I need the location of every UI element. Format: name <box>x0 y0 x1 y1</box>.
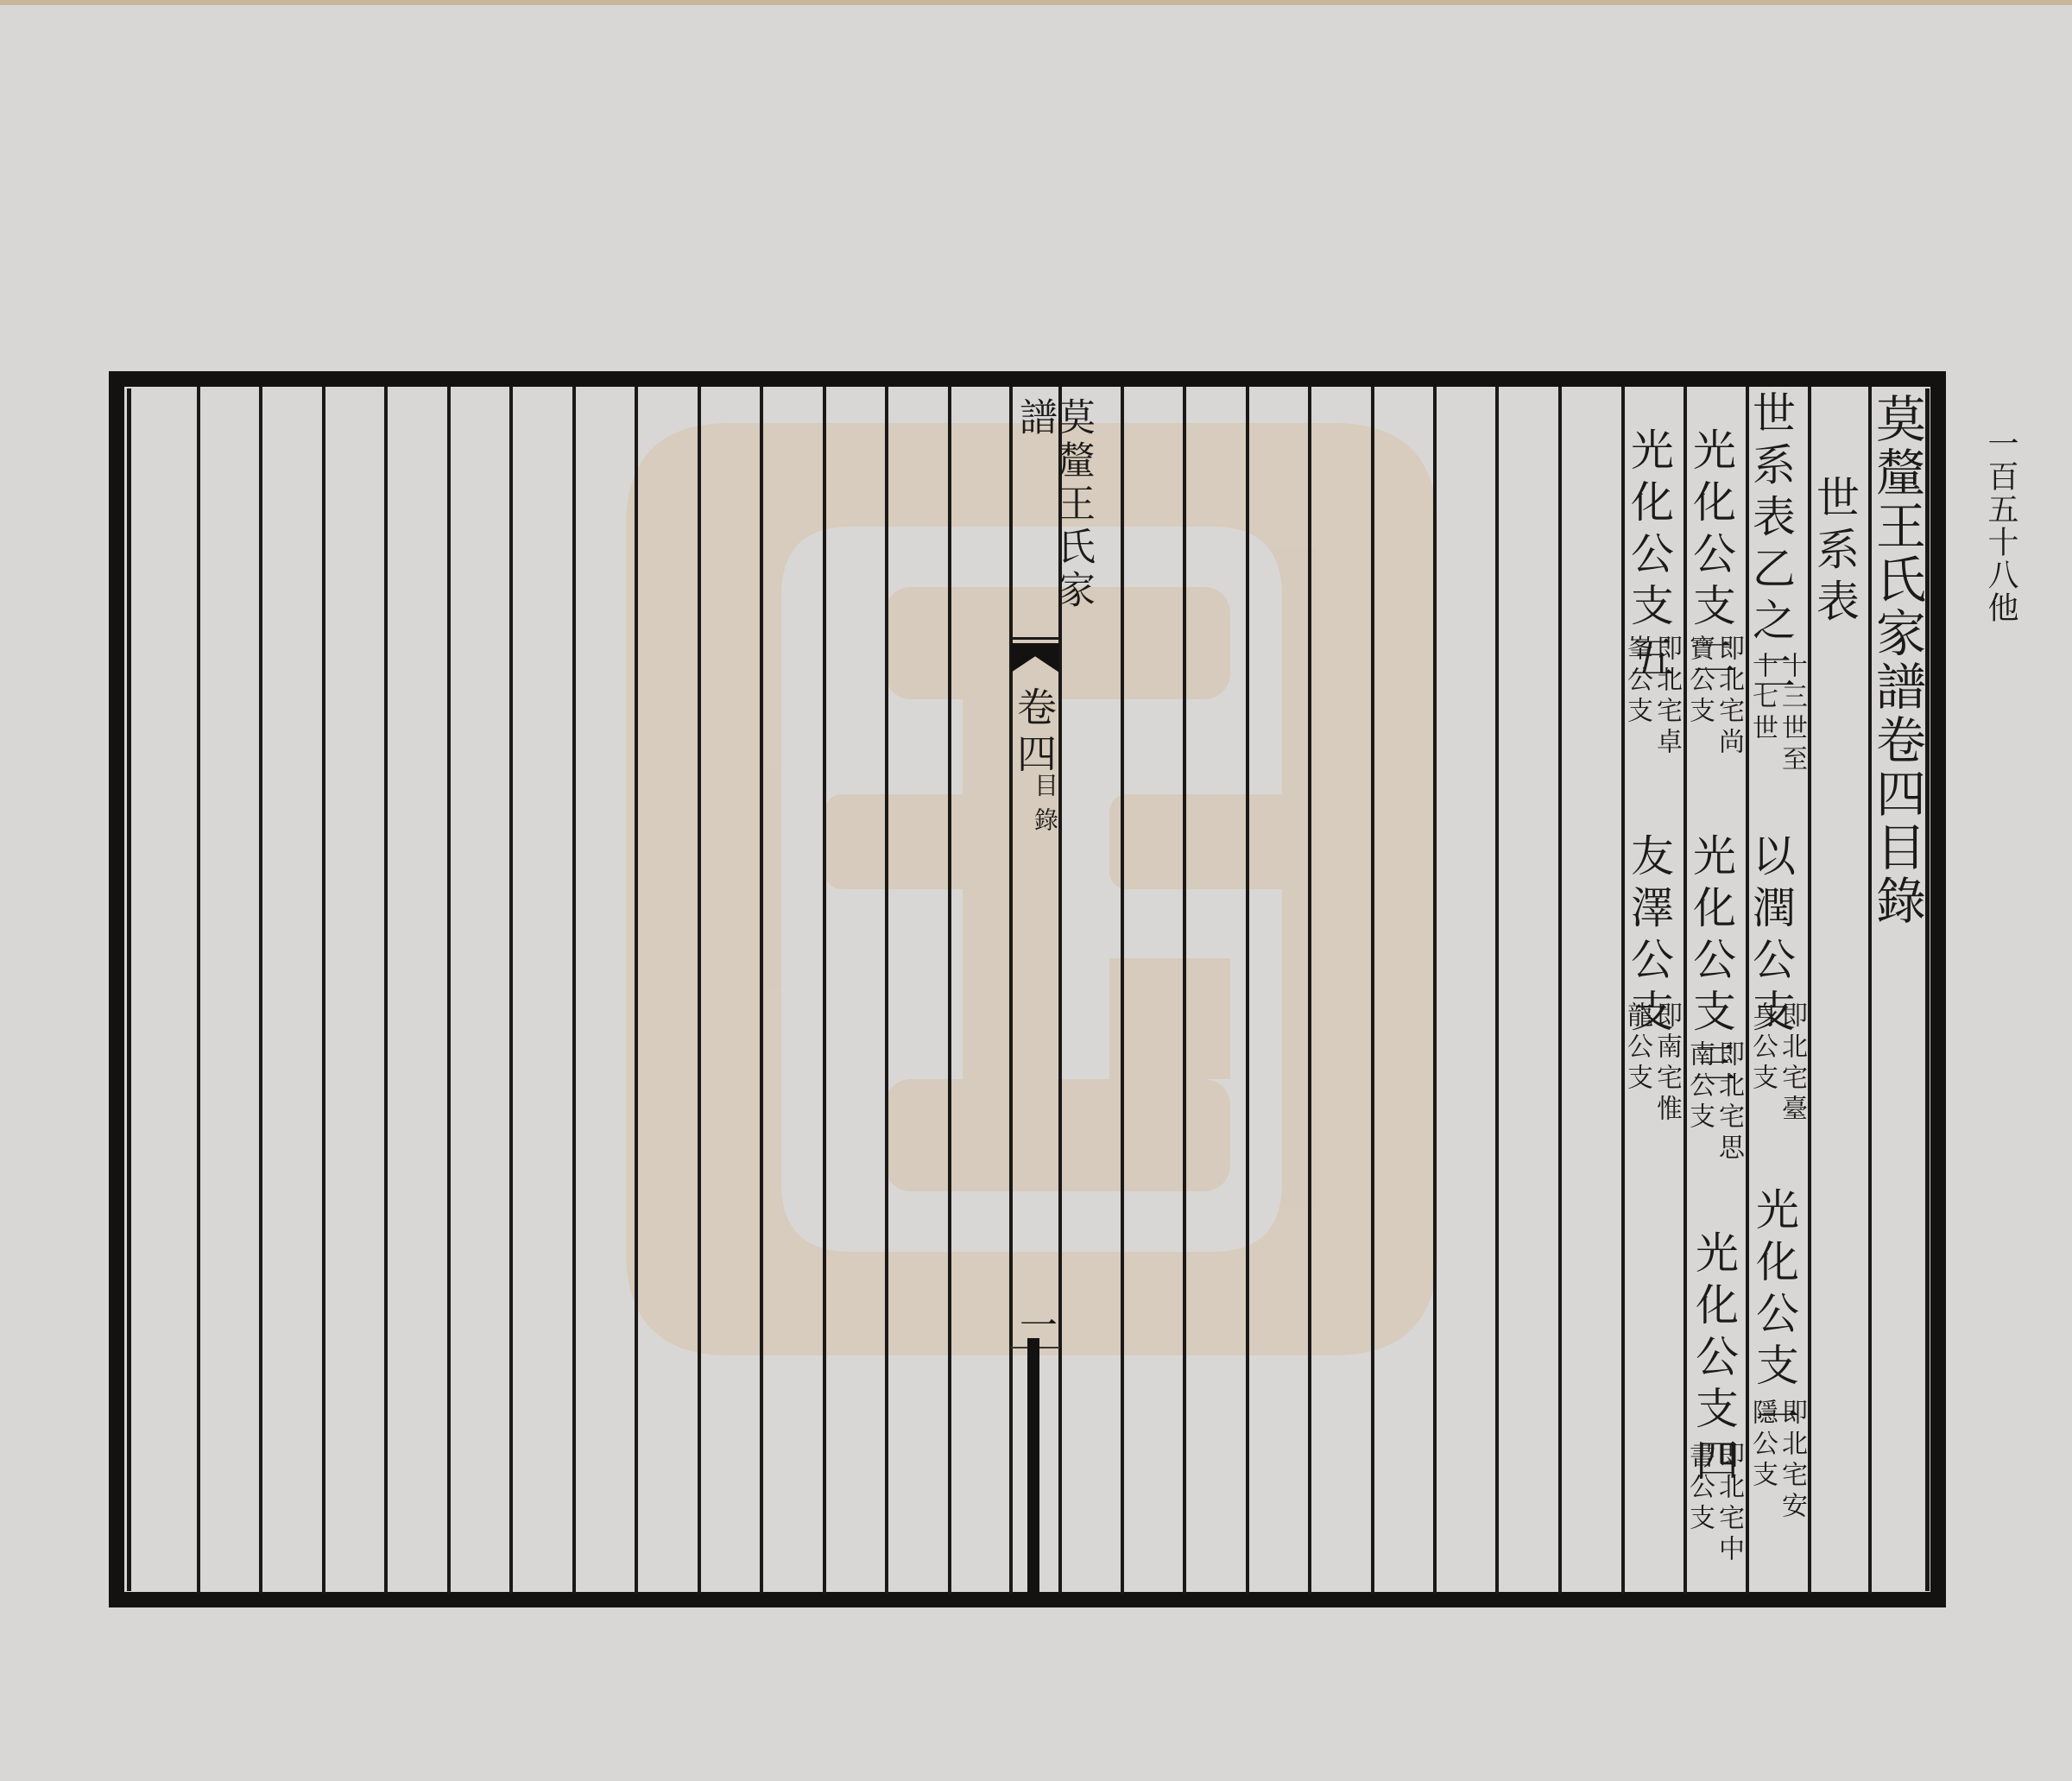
column-rule <box>1246 387 1249 1594</box>
note-left: 書公支 <box>1686 1442 1712 1566</box>
note-right: 即北宅卓 <box>1653 635 1679 759</box>
note-left: 龍公支 <box>1624 1001 1650 1126</box>
column-rule <box>259 387 262 1594</box>
section-label: 目錄 <box>1033 773 1057 842</box>
column-rule <box>885 387 888 1594</box>
note-right: 十三世至 <box>1778 652 1804 776</box>
note-left: 峯公支 <box>1624 635 1650 759</box>
volume-label: 卷四 <box>1014 686 1054 780</box>
note-right: 即北宅尚 <box>1715 635 1741 759</box>
entry-note: 即北宅尚 寶公支 <box>1686 635 1741 759</box>
note-right: 即北宅思 <box>1715 1040 1741 1165</box>
column-rule <box>1495 387 1499 1594</box>
column-rule <box>635 387 638 1594</box>
note-right: 即北宅臺 <box>1778 1001 1804 1126</box>
entry-note: 即北宅思 南公支 <box>1686 1040 1741 1165</box>
column-rule <box>1433 387 1437 1594</box>
column-rule <box>948 387 951 1594</box>
note-left: 身公支 <box>1749 1001 1775 1126</box>
note-left: 隱公支 <box>1749 1399 1775 1523</box>
column-rule <box>1183 387 1186 1594</box>
column-rule <box>1371 387 1374 1594</box>
page-number-line <box>1027 1338 1039 1597</box>
note-right: 即北宅安 <box>1778 1399 1804 1523</box>
column-rule <box>572 387 576 1594</box>
column-rule <box>823 387 826 1594</box>
column-rule <box>1121 387 1124 1594</box>
note-left: 十七世 <box>1749 652 1775 776</box>
note-right: 即南宅惟 <box>1653 1001 1679 1126</box>
center-title-box: 莫釐王氏家譜 <box>1011 388 1059 639</box>
paper-edge <box>0 0 2072 5</box>
margin-annotation: 一百五十八他 <box>1979 427 2023 624</box>
center-divider <box>1011 637 1059 640</box>
column-rule <box>509 387 513 1594</box>
column-rule <box>1308 387 1311 1594</box>
column-rule <box>698 387 701 1594</box>
note-left: 南公支 <box>1686 1040 1712 1165</box>
column-rule <box>322 387 325 1594</box>
note-left: 寶公支 <box>1686 635 1712 759</box>
book-title: 莫釐王氏家譜 <box>1015 397 1091 639</box>
column-rule <box>197 387 200 1594</box>
entry-note: 即北宅臺 身公支 <box>1749 1001 1804 1126</box>
column-rule <box>1558 387 1562 1594</box>
column-rule <box>447 387 451 1594</box>
page-title-column: 莫釐王氏家譜卷四目錄 <box>1872 393 1922 928</box>
entry-note: 即北宅中 書公支 <box>1686 1442 1741 1566</box>
column-rule <box>760 387 763 1594</box>
column-rule <box>384 387 388 1594</box>
entry-note: 即北宅安 隱公支 <box>1749 1399 1804 1523</box>
entry-note: 即南宅惟 龍公支 <box>1624 1001 1679 1126</box>
entry-note: 十三世至 十七世 <box>1749 652 1804 776</box>
entry-note: 即北宅卓 峯公支 <box>1624 635 1679 759</box>
section-heading: 世系表 <box>1813 475 1856 630</box>
note-right: 即北宅中 <box>1715 1442 1741 1566</box>
